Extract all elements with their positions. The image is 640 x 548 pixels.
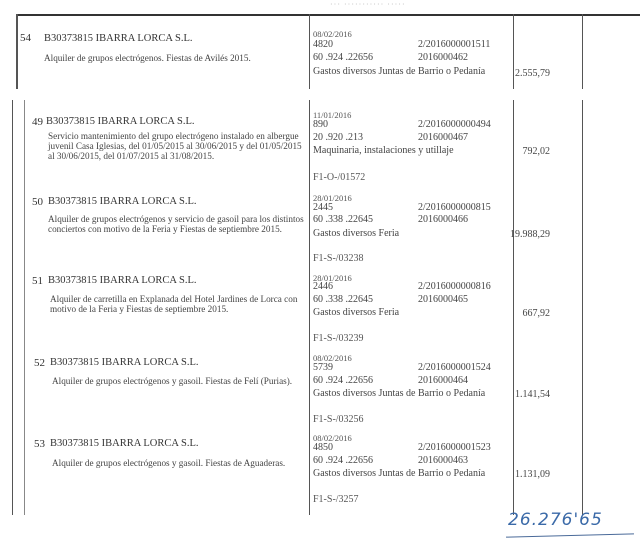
vendor-name: B30373815 IBARRA LORCA S.L.	[48, 275, 196, 286]
invoice-reference: F1-S-/03256	[313, 414, 364, 425]
column-divider	[309, 14, 310, 89]
entry-date: 08/02/2016	[313, 29, 352, 39]
entry-code: 2445	[313, 202, 333, 213]
doc-number: 2/2016000000816	[418, 281, 491, 292]
entry-number: 51	[32, 275, 43, 287]
entry-description: Servicio mantenimiento del grupo electró…	[48, 131, 310, 161]
expense-concept: Gastos diversos Feria	[313, 228, 399, 239]
budget-line: 60 .338 .22645	[313, 294, 373, 305]
entry-number: 50	[32, 196, 43, 208]
budget-line: 60 .924 .22656	[313, 52, 373, 63]
column-divider	[309, 100, 310, 515]
entry-code: 4850	[313, 442, 333, 453]
expense-concept: Gastos diversos Juntas de Barrio o Pedan…	[313, 388, 485, 399]
entry-description: Alquiler de grupos electrógenos y servic…	[48, 214, 310, 234]
operation-number: 2016000464	[418, 375, 468, 386]
doc-number: 2/2016000000815	[418, 202, 491, 213]
entry-amount: 667,92	[523, 308, 551, 319]
vendor-name: B30373815 IBARRA LORCA S.L.	[48, 196, 196, 207]
entry-amount: 19.988,29	[510, 229, 550, 240]
entry-description: Alquiler de grupos electrógenos. Fiestas…	[44, 53, 306, 63]
left-border	[12, 100, 13, 515]
invoice-reference: F1-O-/01572	[313, 172, 365, 183]
column-divider	[513, 100, 514, 515]
entry-amount: 1.131,09	[515, 469, 550, 480]
column-divider	[513, 14, 514, 89]
operation-number: 2016000462	[418, 52, 468, 63]
faint-header-text: ··· ··········· ·····	[330, 0, 406, 9]
invoice-reference: F1-S-/03238	[313, 253, 364, 264]
entry-code: 4820	[313, 39, 333, 50]
expense-concept: Gastos diversos Juntas de Barrio o Pedan…	[313, 66, 485, 77]
entry-number: 54	[20, 32, 31, 44]
entry-amount: 1.141,54	[515, 389, 550, 400]
total-underline	[506, 533, 634, 537]
entry-number: 49	[32, 116, 43, 128]
doc-number: 2/2016000001511	[418, 39, 490, 50]
entry-amount: 792,02	[523, 146, 551, 157]
operation-number: 2016000467	[418, 132, 468, 143]
entry-description: Alquiler de grupos electrógenos y gasoil…	[52, 458, 314, 468]
column-divider	[582, 100, 583, 515]
budget-line: 60 .924 .22656	[313, 455, 373, 466]
invoice-reference: F1-S-/3257	[313, 494, 359, 505]
operation-number: 2016000463	[418, 455, 468, 466]
invoice-reference: F1-S-/03239	[313, 333, 364, 344]
table-top-border	[16, 14, 640, 16]
expense-concept: Gastos diversos Feria	[313, 307, 399, 318]
scanned-document-page: ··· ··········· ····· 54 B30373815 IBARR…	[0, 0, 640, 548]
vendor-name: B30373815 IBARRA LORCA S.L.	[44, 33, 192, 44]
left-border-inner	[24, 100, 25, 515]
doc-number: 2/2016000000494	[418, 119, 491, 130]
entry-amount: 2.555,79	[515, 68, 550, 79]
expense-concept: Gastos diversos Juntas de Barrio o Pedan…	[313, 468, 485, 479]
budget-line: 60 .338 .22645	[313, 214, 373, 225]
entry-description: Alquiler de carretilla en Explanada del …	[50, 294, 308, 314]
entry-description: Alquiler de grupos electrógenos y gasoil…	[52, 376, 314, 386]
entry-number: 53	[34, 438, 45, 450]
entry-number: 52	[34, 357, 45, 369]
expense-concept: Maquinaria, instalaciones y utillaje	[313, 145, 454, 156]
operation-number: 2016000465	[418, 294, 468, 305]
doc-number: 2/2016000001524	[418, 362, 491, 373]
entry-code: 2446	[313, 281, 333, 292]
entry-code: 5739	[313, 362, 333, 373]
operation-number: 2016000466	[418, 214, 468, 225]
handwritten-total: 26.276'65	[508, 510, 603, 530]
budget-line: 20 .920 .213	[313, 132, 363, 143]
vendor-name: B30373815 IBARRA LORCA S.L.	[46, 116, 194, 127]
vendor-name: B30373815 IBARRA LORCA S.L.	[50, 357, 198, 368]
doc-number: 2/2016000001523	[418, 442, 491, 453]
left-border	[16, 14, 18, 89]
vendor-name: B30373815 IBARRA LORCA S.L.	[50, 438, 198, 449]
column-divider	[582, 14, 583, 89]
entry-code: 890	[313, 119, 328, 130]
budget-line: 60 .924 .22656	[313, 375, 373, 386]
